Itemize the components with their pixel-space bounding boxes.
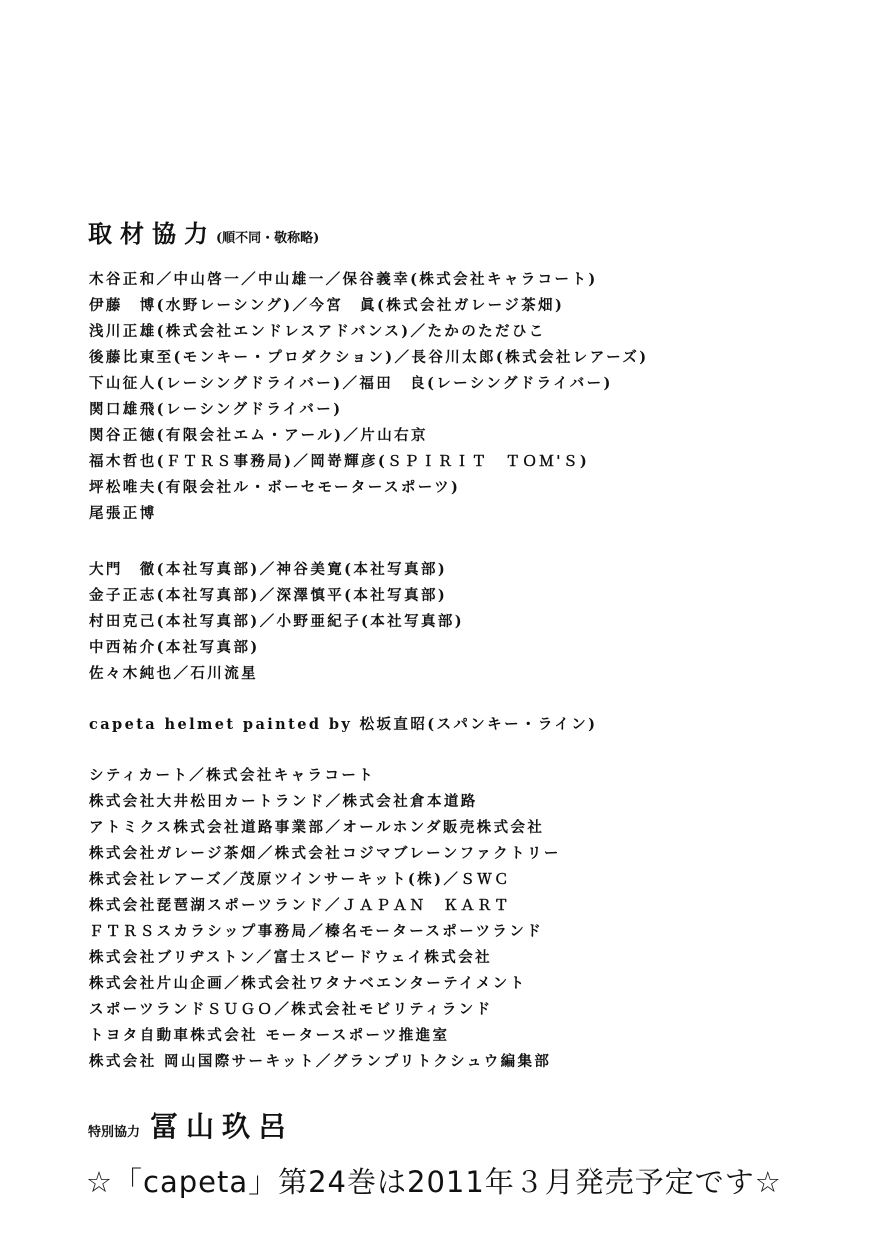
list-item: 関谷正徳(有限会社エム・アール)／片山右京 xyxy=(89,423,649,449)
special-thanks-label: 特別協力 xyxy=(88,1125,140,1140)
photographers-list: 大門 徹(本社写真部)／神谷美寛(本社写真部) 金子正志(本社写真部)／深澤慎平… xyxy=(89,557,464,687)
list-item: 株式会社大井松田カートランド／株式会社倉本道路 xyxy=(89,789,561,815)
credits-heading: 取材協力(順不同・敬称略) xyxy=(88,214,319,249)
list-item: ＦＴＲＳスカラシップ事務局／榛名モータースポーツランド xyxy=(89,919,561,945)
list-item: シティカート／株式会社キャラコート xyxy=(89,763,561,789)
list-item: 株式会社片山企画／株式会社ワタナベエンターテイメント xyxy=(89,971,561,997)
list-item: 坪松唯夫(有限会社ル・ボーセモータースポーツ) xyxy=(89,475,649,501)
credits-page: 取材協力(順不同・敬称略) 木谷正和／中山啓一／中山雄一／保谷義幸(株式会社キャ… xyxy=(0,0,870,1248)
list-item: 佐々木純也／石川流星 xyxy=(89,661,464,687)
helmet-credit: capeta helmet painted by 松坂直昭(スパンキー・ライン) xyxy=(89,712,597,738)
list-item: 中西祐介(本社写真部) xyxy=(89,635,464,661)
special-thanks: 特別協力冨山玖呂 xyxy=(88,1105,294,1145)
list-item: スポーツランドＳＵＧＯ／株式会社モビリティランド xyxy=(89,997,561,1023)
release-notice: ☆「capeta」第24巻は2011年３月発売予定です☆ xyxy=(86,1160,782,1201)
cooperators-list: 木谷正和／中山啓一／中山雄一／保谷義幸(株式会社キャラコート) 伊藤 博(水野レ… xyxy=(89,267,649,527)
list-item: 金子正志(本社写真部)／深澤慎平(本社写真部) xyxy=(89,583,464,609)
list-item: 木谷正和／中山啓一／中山雄一／保谷義幸(株式会社キャラコート) xyxy=(89,267,649,293)
list-item: 大門 徹(本社写真部)／神谷美寛(本社写真部) xyxy=(89,557,464,583)
list-item: 株式会社ガレージ茶畑／株式会社コジマブレーンファクトリー xyxy=(89,841,561,867)
list-item: 下山征人(レーシングドライバー)／福田 良(レーシングドライバー) xyxy=(89,371,649,397)
list-item: 福木哲也(ＦＴＲＳ事務局)／岡嵜輝彦(ＳＰＩＲＩＴ ＴＯＭ'Ｓ) xyxy=(89,449,649,475)
list-item: 尾張正博 xyxy=(89,501,649,527)
helmet-credit-text: capeta helmet painted by 松坂直昭(スパンキー・ライン) xyxy=(89,712,597,738)
special-thanks-name: 冨山玖呂 xyxy=(150,1110,294,1143)
list-item: 伊藤 博(水野レーシング)／今宮 眞(株式会社ガレージ茶畑) xyxy=(89,293,649,319)
list-item: 後藤比東至(モンキー・プロダクション)／長谷川太郎(株式会社レアーズ) xyxy=(89,345,649,371)
list-item: 株式会社琵琶湖スポーツランド／ＪＡＰＡＮ ＫＡＲＴ xyxy=(89,893,561,919)
heading-title: 取材協力 xyxy=(88,219,216,248)
list-item: 浅川正雄(株式会社エンドレスアドバンス)／たかのただひこ xyxy=(89,319,649,345)
list-item: 株式会社ブリヂストン／富士スピードウェイ株式会社 xyxy=(89,945,561,971)
companies-list: シティカート／株式会社キャラコート 株式会社大井松田カートランド／株式会社倉本道… xyxy=(89,763,561,1075)
list-item: トヨタ自動車株式会社 モータースポーツ推進室 xyxy=(89,1023,561,1049)
list-item: 村田克己(本社写真部)／小野亜紀子(本社写真部) xyxy=(89,609,464,635)
list-item: 関口雄飛(レーシングドライバー) xyxy=(89,397,649,423)
heading-note: (順不同・敬称略) xyxy=(216,231,319,246)
list-item: アトミクス株式会社道路事業部／オールホンダ販売株式会社 xyxy=(89,815,561,841)
list-item: 株式会社 岡山国際サーキット／グランプリトクシュウ編集部 xyxy=(89,1049,561,1075)
list-item: 株式会社レアーズ／茂原ツインサーキット(株)／ＳＷＣ xyxy=(89,867,561,893)
